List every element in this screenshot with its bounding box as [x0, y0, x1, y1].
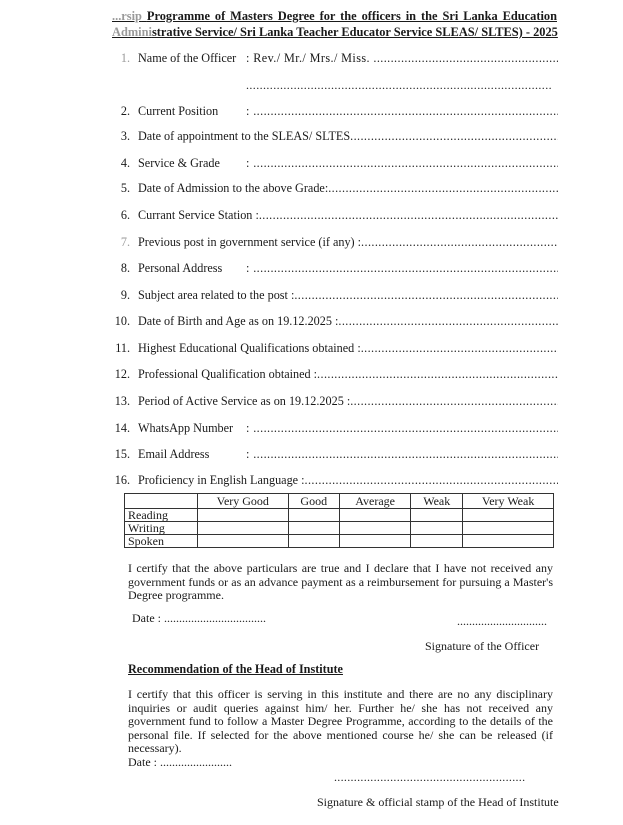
field-input[interactable]	[350, 393, 558, 409]
row-label: Writing	[125, 522, 198, 535]
recommendation-text: I certify that this officer is serving i…	[128, 688, 553, 756]
form-field-14[interactable]: 14.WhatsApp Number:	[112, 420, 558, 436]
field-label: Personal Address	[138, 260, 246, 276]
field-input[interactable]: : Rev./ Mr./ Mrs./ Miss.	[246, 50, 558, 66]
header-line-2: Administrative Service/ Sri Lanka Teache…	[112, 24, 557, 40]
head-signature-label: Signature & official stamp of the Head o…	[317, 795, 559, 810]
form-header: ...rsip Programme of Masters Degree for …	[112, 8, 557, 40]
rating-cell[interactable]	[411, 535, 463, 548]
field-label: Period of Active Service as on 19.12.202…	[138, 393, 350, 409]
field-label: WhatsApp Number	[138, 420, 246, 436]
form-field-11[interactable]: 11.Highest Educational Qualifications ob…	[112, 340, 558, 356]
field-label: Currant Service Station :	[138, 207, 259, 223]
field-label: Previous post in government service (if …	[138, 234, 361, 250]
field-input[interactable]: :	[246, 420, 558, 436]
field-input[interactable]	[317, 366, 558, 382]
header-text: Programme of Masters Degree for the offi…	[147, 9, 557, 23]
field-label: Subject area related to the post :	[138, 287, 294, 303]
field-input[interactable]: :	[246, 155, 558, 171]
form-field-7[interactable]: 7.Previous post in government service (i…	[112, 234, 558, 250]
field-label: Date of Admission to the above Grade:	[138, 180, 328, 196]
field-number: 15.	[112, 446, 130, 462]
column-header: Weak	[411, 494, 463, 509]
form-field-2[interactable]: 2.Current Position:	[112, 103, 558, 119]
rating-cell[interactable]	[411, 522, 463, 535]
english-proficiency-table: Very GoodGoodAverageWeakVery Weak Readin…	[124, 493, 554, 548]
head-signature-line[interactable]: ........................................…	[334, 770, 525, 785]
field-number: 1.	[112, 50, 130, 66]
recommendation-title: Recommendation of the Head of Institute	[128, 662, 343, 677]
field-number: 5.	[112, 180, 130, 196]
column-header: Very Good	[198, 494, 289, 509]
field-number: 13.	[112, 393, 130, 409]
table-row: Spoken	[125, 535, 554, 548]
field-input[interactable]	[328, 180, 558, 196]
rating-cell[interactable]	[463, 509, 554, 522]
column-header: Good	[288, 494, 339, 509]
field-number: 9.	[112, 287, 130, 303]
form-field-8[interactable]: 8.Personal Address:	[112, 260, 558, 276]
header-line-1: ...rsip Programme of Masters Degree for …	[112, 8, 557, 24]
field-label: Date of appointment to the SLEAS/ SLTES	[138, 128, 350, 144]
column-header: Average	[339, 494, 410, 509]
field-number: 4.	[112, 155, 130, 171]
field-number: 2.	[112, 103, 130, 119]
form-field-12[interactable]: 12.Professional Qualification obtained :	[112, 366, 558, 382]
rating-cell[interactable]	[411, 509, 463, 522]
field-label: Proficiency in English Language :	[138, 472, 305, 488]
field-number: 10.	[112, 313, 130, 329]
field-label: Highest Educational Qualifications obtai…	[138, 340, 361, 356]
officer-declaration: I certify that the above particulars are…	[128, 562, 553, 603]
row-label: Reading	[125, 509, 198, 522]
field-label: Professional Qualification obtained :	[138, 366, 317, 382]
rating-cell[interactable]	[288, 535, 339, 548]
field-label: Date of Birth and Age as on 19.12.2025 :	[138, 313, 338, 329]
form-field-10[interactable]: 10.Date of Birth and Age as on 19.12.202…	[112, 313, 558, 329]
field-input[interactable]	[361, 234, 558, 250]
form-field-4[interactable]: 4.Service & Grade:	[112, 155, 558, 171]
field-input[interactable]	[259, 207, 558, 223]
field-number: 12.	[112, 366, 130, 382]
rating-cell[interactable]	[339, 535, 410, 548]
table-row: Writing	[125, 522, 554, 535]
rating-cell[interactable]	[339, 522, 410, 535]
officer-signature-label: Signature of the Officer	[425, 639, 539, 654]
field-input[interactable]: :	[246, 103, 558, 119]
table-row: Reading	[125, 509, 554, 522]
field-input[interactable]	[294, 287, 558, 303]
name-continuation-field[interactable]	[246, 78, 551, 92]
field-number: 8.	[112, 260, 130, 276]
field-number: 6.	[112, 207, 130, 223]
column-header	[125, 494, 198, 509]
field-input[interactable]: :	[246, 260, 558, 276]
rating-cell[interactable]	[463, 522, 554, 535]
form-field-13[interactable]: 13.Period of Active Service as on 19.12.…	[112, 393, 558, 409]
head-date-field[interactable]: Date : ........................	[128, 755, 232, 770]
header-faded-text: Admini	[112, 25, 152, 39]
form-field-16[interactable]: 16.Proficiency in English Language :	[112, 472, 558, 488]
field-number: 7.	[112, 234, 130, 250]
form-field-9[interactable]: 9.Subject area related to the post :	[112, 287, 558, 303]
officer-signature-line[interactable]: ..............................	[457, 614, 547, 629]
form-field-6[interactable]: 6.Currant Service Station :	[112, 207, 558, 223]
field-number: 14.	[112, 420, 130, 436]
row-label: Spoken	[125, 535, 198, 548]
field-input[interactable]	[361, 340, 558, 356]
table-header-row: Very GoodGoodAverageWeakVery Weak	[125, 494, 554, 509]
rating-cell[interactable]	[198, 522, 289, 535]
rating-cell[interactable]	[339, 509, 410, 522]
rating-cell[interactable]	[198, 535, 289, 548]
officer-date-field[interactable]: Date : .................................…	[132, 611, 266, 626]
header-faded-text: ...rsip	[112, 9, 142, 23]
column-header: Very Weak	[463, 494, 554, 509]
form-field-5[interactable]: 5.Date of Admission to the above Grade:	[112, 180, 558, 196]
field-number: 11.	[112, 340, 130, 356]
rating-cell[interactable]	[288, 509, 339, 522]
rating-cell[interactable]	[288, 522, 339, 535]
field-input[interactable]	[338, 313, 558, 329]
form-field-1[interactable]: 1.Name of the Officer: Rev./ Mr./ Mrs./ …	[112, 50, 558, 66]
rating-cell[interactable]	[463, 535, 554, 548]
field-label: Current Position	[138, 103, 246, 119]
field-label: Service & Grade	[138, 155, 246, 171]
field-input[interactable]: :	[246, 446, 558, 462]
field-input[interactable]	[305, 472, 558, 488]
field-label: Email Address	[138, 446, 246, 462]
field-label: Name of the Officer	[138, 50, 246, 66]
field-number: 16.	[112, 472, 130, 488]
form-field-3[interactable]: 3.Date of appointment to the SLEAS/ SLTE…	[112, 128, 558, 144]
header-text: strative Service/ Sri Lanka Teacher Educ…	[152, 25, 558, 39]
field-number: 3.	[112, 128, 130, 144]
form-field-15[interactable]: 15.Email Address:	[112, 446, 558, 462]
rating-cell[interactable]	[198, 509, 289, 522]
field-input[interactable]	[350, 128, 558, 144]
